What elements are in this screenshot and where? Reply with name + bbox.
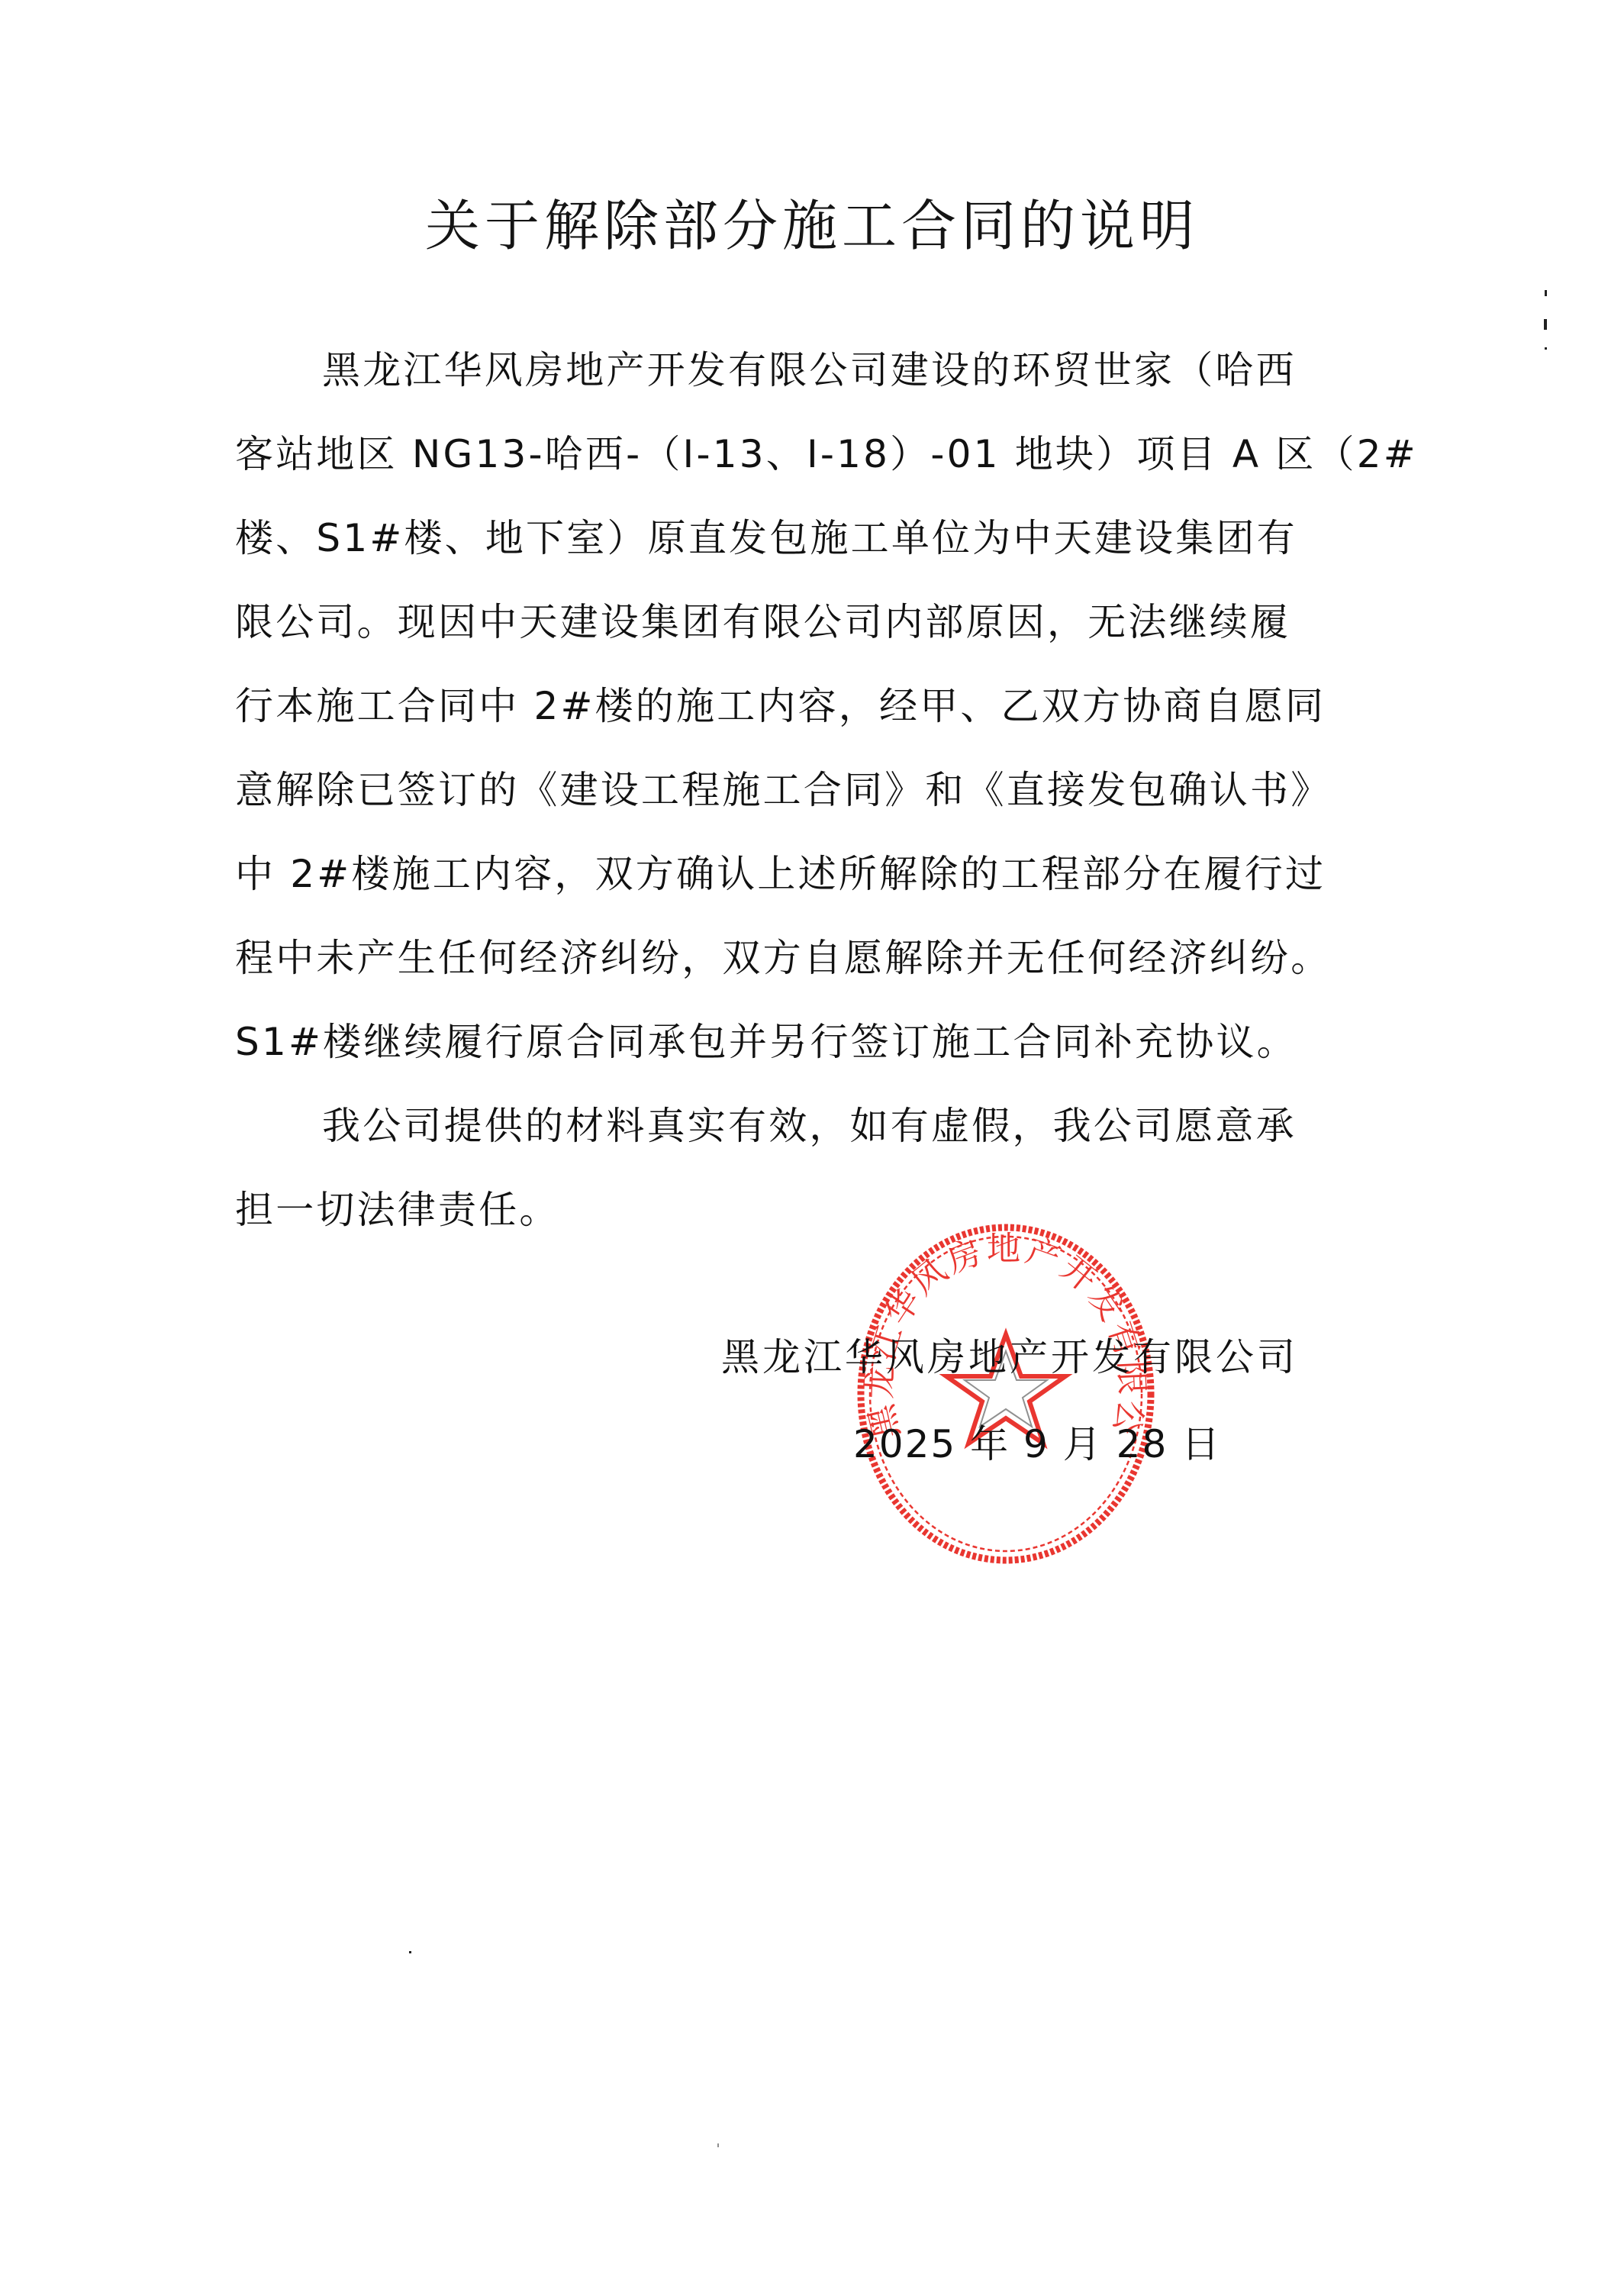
company-seal: 黑龙江华风房地产开发有限公司 (853, 1220, 1158, 1567)
document-title: 关于解除部分施工合同的说明 (0, 182, 1624, 261)
body-line-2: 客站地区 NG13-哈西-（I-13、I-18）-01 地块）项目 A 区（2# (235, 412, 1410, 496)
body-line-8: 程中未产生任何经济纠纷，双方自愿解除并无任何经济纠纷。 (235, 916, 1410, 1000)
body-line-11: 担一切法律责任。 (235, 1168, 1410, 1252)
body-line-6: 意解除已签订的《建设工程施工合同》和《直接发包确认书》 (235, 748, 1410, 832)
body-line-3: 楼、S1#楼、地下室）原直发包施工单位为中天建设集团有 (235, 496, 1410, 580)
scan-speck (409, 1951, 411, 1953)
body-line-4: 限公司。现因中天建设集团有限公司内部原因，无法继续履 (235, 580, 1410, 664)
document-body: 黑龙江华风房地产开发有限公司建设的环贸世家（哈西 客站地区 NG13-哈西-（I… (235, 328, 1410, 1252)
body-line-1: 黑龙江华风房地产开发有限公司建设的环贸世家（哈西 (235, 328, 1410, 412)
body-line-7: 中 2#楼施工内容，双方确认上述所解除的工程部分在履行过 (235, 832, 1410, 916)
scan-speck (1545, 290, 1547, 296)
scan-speck (717, 2143, 719, 2147)
scan-speck (1545, 347, 1547, 350)
scan-speck (1544, 319, 1547, 330)
document-page: 关于解除部分施工合同的说明 黑龙江华风房地产开发有限公司建设的环贸世家（哈西 客… (0, 0, 1624, 2290)
body-line-9: S1#楼继续履行原合同承包并另行签订施工合同补充协议。 (235, 1000, 1410, 1084)
body-line-10: 我公司提供的材料真实有效，如有虚假，我公司愿意承 (235, 1084, 1410, 1168)
signature-company: 黑龙江华风房地产开发有限公司 (721, 1327, 1298, 1382)
body-line-5: 行本施工合同中 2#楼的施工内容，经甲、乙双方协商自愿同 (235, 664, 1410, 748)
signature-date: 2025 年 9 月 28 日 (853, 1414, 1221, 1469)
